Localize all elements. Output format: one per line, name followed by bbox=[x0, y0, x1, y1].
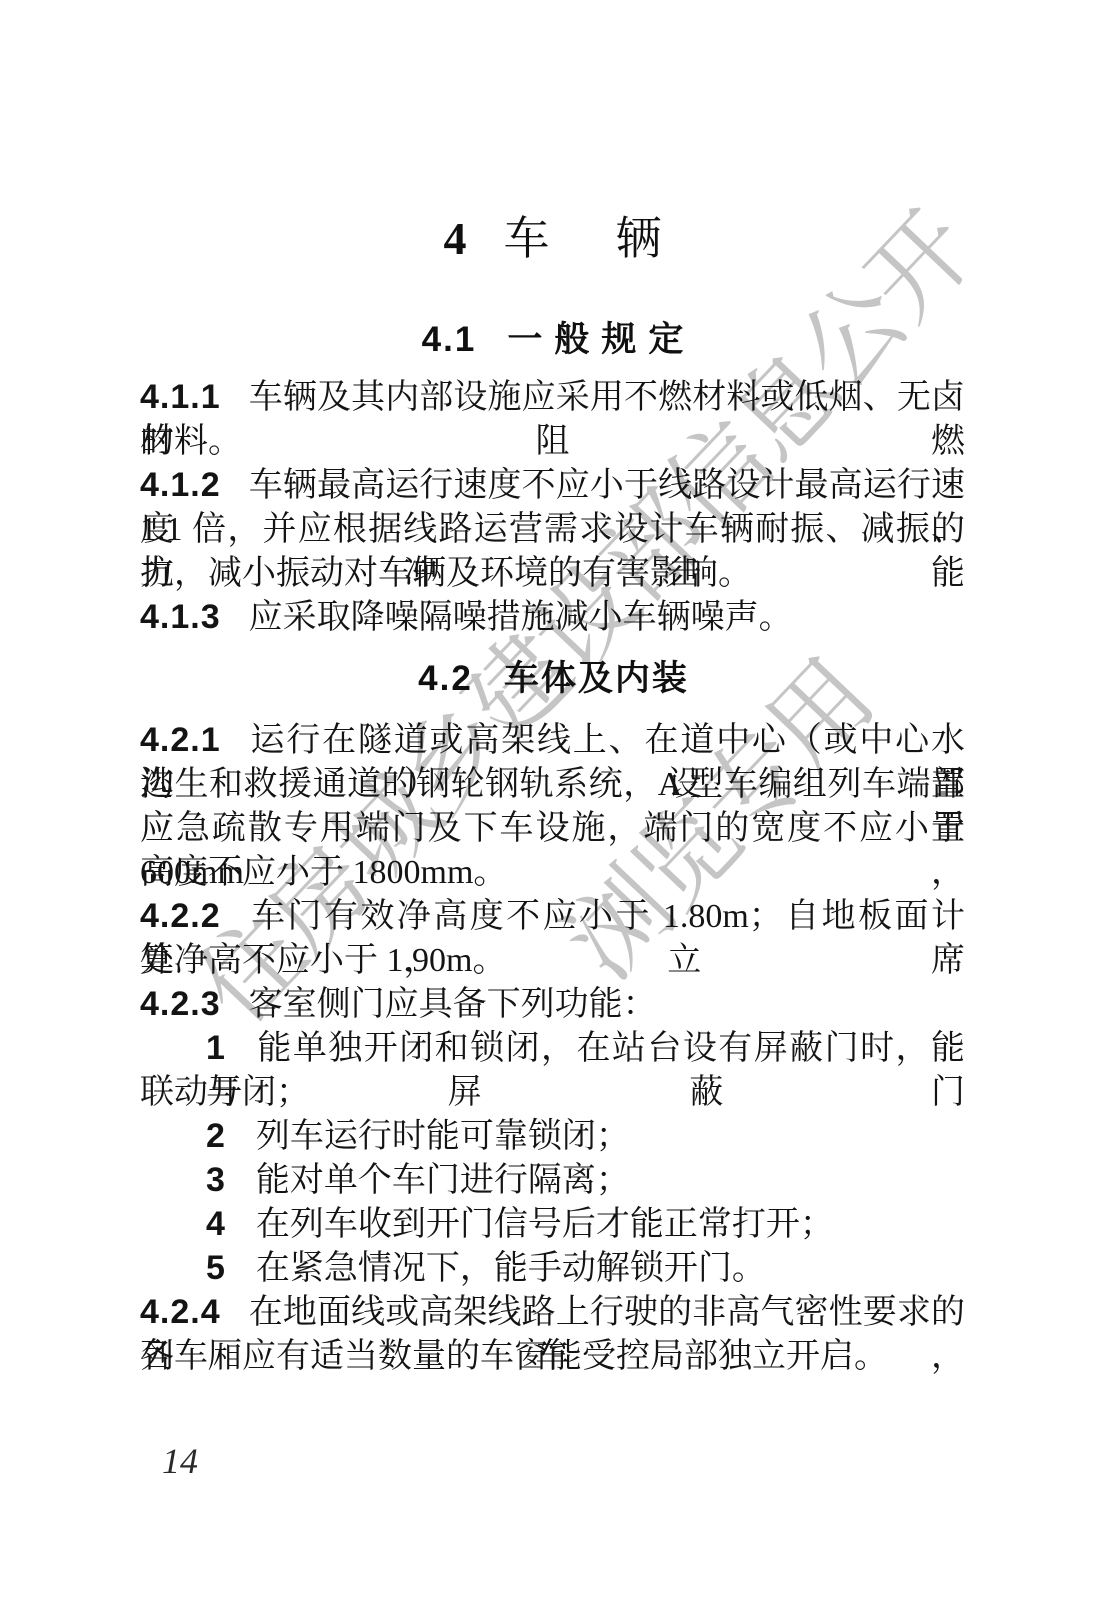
clause-line: 4.1.1车辆及其内部设施应采用不燃材料或低烟、无卤的阻燃 bbox=[140, 375, 965, 419]
clause-number: 4.2.1 bbox=[140, 721, 221, 759]
item-number: 3 bbox=[206, 1161, 226, 1199]
document-page: { "watermarks": { "color": "#c5c5c5", "p… bbox=[0, 0, 1103, 1597]
list-item-line: 3能对单个车门进行隔离； bbox=[140, 1158, 965, 1202]
text-column: 4车辆 4.1一般规定 4.1.1车辆及其内部设施应采用不燃材料或低烟、无卤的阻… bbox=[140, 0, 965, 1378]
chapter-number: 4 bbox=[444, 213, 467, 264]
item-number: 5 bbox=[206, 1249, 226, 1287]
clause-text: 各车厢应有适当数量的车窗能受控局部独立开启。 bbox=[140, 1338, 888, 1375]
list-item-line: 2列车运行时能可靠锁闭； bbox=[140, 1114, 965, 1158]
clause-line: 逃生和救援通道的钢轮钢轨系统，A 型车编组列车端部应设置 bbox=[140, 762, 965, 806]
item-text: 能对单个车门进行隔离； bbox=[256, 1162, 630, 1199]
section-title-text: 车体及内装 bbox=[504, 659, 689, 698]
list-item-line: 1能单独开闭和锁闭，在站台设有屏蔽门时，能与屏蔽门 bbox=[140, 1026, 965, 1070]
clause-text: 处净高不应小于 1.90m。 bbox=[140, 942, 506, 979]
section-number: 4.2 bbox=[418, 659, 473, 698]
page-number: 14 bbox=[162, 1440, 198, 1482]
clause-line: 4.2.4在地面线或高架线路上行驶的非高气密性要求的列车， bbox=[140, 1290, 965, 1334]
item-number: 1 bbox=[206, 1029, 226, 1067]
clause-number: 4.1.3 bbox=[140, 598, 221, 636]
item-text: 能单独开闭和锁闭，在站台设有屏蔽门时，能与屏蔽门 bbox=[206, 1030, 965, 1111]
clause-number: 4.1.2 bbox=[140, 466, 221, 504]
section-heading-4-2: 4.2车体及内装 bbox=[140, 661, 965, 697]
clause-text: 高度不应小于 1800mm。 bbox=[140, 854, 507, 891]
clause-line: 应急疏散专用端门及下车设施，端门的宽度不应小于 600mm， bbox=[140, 806, 965, 850]
clause-line: 各车厢应有适当数量的车窗能受控局部独立开启。 bbox=[140, 1334, 965, 1378]
clause-text: 应采取降噪隔噪措施减小车辆噪声。 bbox=[249, 599, 793, 636]
item-number: 4 bbox=[206, 1205, 226, 1243]
item-text: 在紧急情况下，能手动解锁开门。 bbox=[256, 1250, 766, 1287]
clause-line: 4.2.2车门有效净高度不应小于 1.80m；自地板面计算，立席 bbox=[140, 894, 965, 938]
clause-number: 4.2.3 bbox=[140, 985, 221, 1023]
chapter-title-text: 车辆 bbox=[504, 213, 728, 264]
chapter-title: 4车辆 bbox=[140, 213, 965, 265]
clause-number: 4.2.4 bbox=[140, 1293, 221, 1331]
item-number: 2 bbox=[206, 1117, 226, 1155]
section-number: 4.1 bbox=[422, 320, 477, 359]
clause-number: 4.1.1 bbox=[140, 378, 221, 416]
item-text: 在列车收到开门信号后才能正常打开； bbox=[256, 1206, 834, 1243]
section-4-2-body: 4.2.1运行在隧道或高架线上、在道中心（或中心水沟）设置 逃生和救援通道的钢轮… bbox=[140, 718, 965, 1378]
list-item-line: 4在列车收到开门信号后才能正常打开； bbox=[140, 1202, 965, 1246]
section-title-text: 一般规定 bbox=[507, 320, 695, 359]
clause-line: 4.2.1运行在隧道或高架线上、在道中心（或中心水沟）设置 bbox=[140, 718, 965, 762]
clause-text: 车辆及其内部设施应采用不燃材料或低烟、无卤的阻燃 bbox=[140, 379, 965, 460]
item-text: 列车运行时能可靠锁闭； bbox=[256, 1118, 630, 1155]
clause-line: 4.1.3应采取降噪隔噪措施减小车辆噪声。 bbox=[140, 595, 965, 639]
clause-line: 4.2.3客室侧门应具备下列功能： bbox=[140, 982, 965, 1026]
clause-text: 力，减小振动对车辆及环境的有害影响。 bbox=[140, 555, 752, 592]
section-4-1-body: 4.1.1车辆及其内部设施应采用不燃材料或低烟、无卤的阻燃 材料。 4.1.2车… bbox=[140, 375, 965, 639]
clause-number: 4.2.2 bbox=[140, 897, 221, 935]
item-text: 联动开闭； bbox=[140, 1074, 310, 1111]
section-heading-4-1: 4.1一般规定 bbox=[140, 322, 965, 358]
clause-line: 1.1 倍，并应根据线路运营需求设计车辆耐振、减振、抗冲击能 bbox=[140, 507, 965, 551]
list-item-line: 5在紧急情况下，能手动解锁开门。 bbox=[140, 1246, 965, 1290]
clause-text: 材料。 bbox=[140, 423, 242, 460]
clause-text: 客室侧门应具备下列功能： bbox=[249, 986, 657, 1023]
clause-line: 4.1.2车辆最高运行速度不应小于线路设计最高运行速度的 bbox=[140, 463, 965, 507]
